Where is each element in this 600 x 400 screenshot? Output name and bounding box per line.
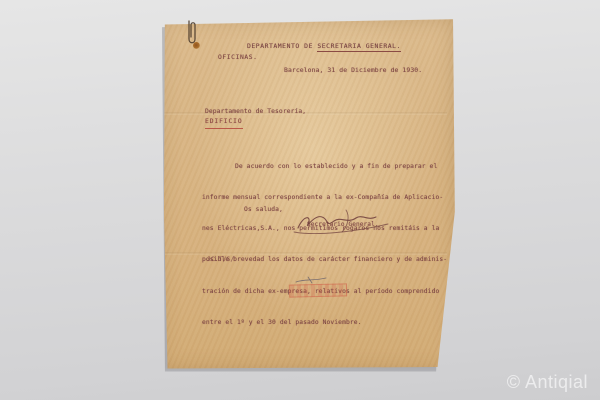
letterhead-department: DEPARTAMENTO DE SECRETARIA GENERAL. — [247, 41, 401, 51]
letter-body: De acuerdo con lo establecido y a fin de… — [202, 141, 434, 349]
recipient-department: Departamento de Tesorería, — [205, 107, 306, 117]
red-ink-stamp — [289, 283, 347, 297]
recipient-building: EDIFICIO — [205, 117, 243, 129]
letterhead-prefix: DEPARTAMENTO DE — [247, 42, 317, 50]
closing-salutation: Os saluda, — [244, 205, 283, 215]
photograph-background: DEPARTAMENTO DE SECRETARIA GENERAL. OFIC… — [0, 0, 600, 400]
dateline: Barcelona, 31 de Diciembre de 1930. — [284, 65, 422, 75]
body-line: posible brevedad los datos de carácter f… — [202, 255, 434, 265]
letterhead-office: OFICINAS. — [218, 53, 258, 63]
body-line: De acuerdo con lo establecido y a fin de… — [202, 162, 434, 172]
body-line: entre el 1º y el 30 del pasado Noviembre… — [202, 318, 434, 328]
handwritten-signature — [292, 206, 402, 238]
typist-reference: JC.T/S/ — [207, 255, 234, 265]
watermark: © Antiqial — [507, 372, 588, 393]
paperclip-icon — [183, 19, 201, 49]
letterhead-underlined: SECRETARIA GENERAL. — [317, 42, 401, 52]
letter-paper: DEPARTAMENTO DE SECRETARIA GENERAL. OFIC… — [158, 16, 456, 372]
body-line: informe mensual correspondiente a la ex-… — [202, 193, 434, 203]
